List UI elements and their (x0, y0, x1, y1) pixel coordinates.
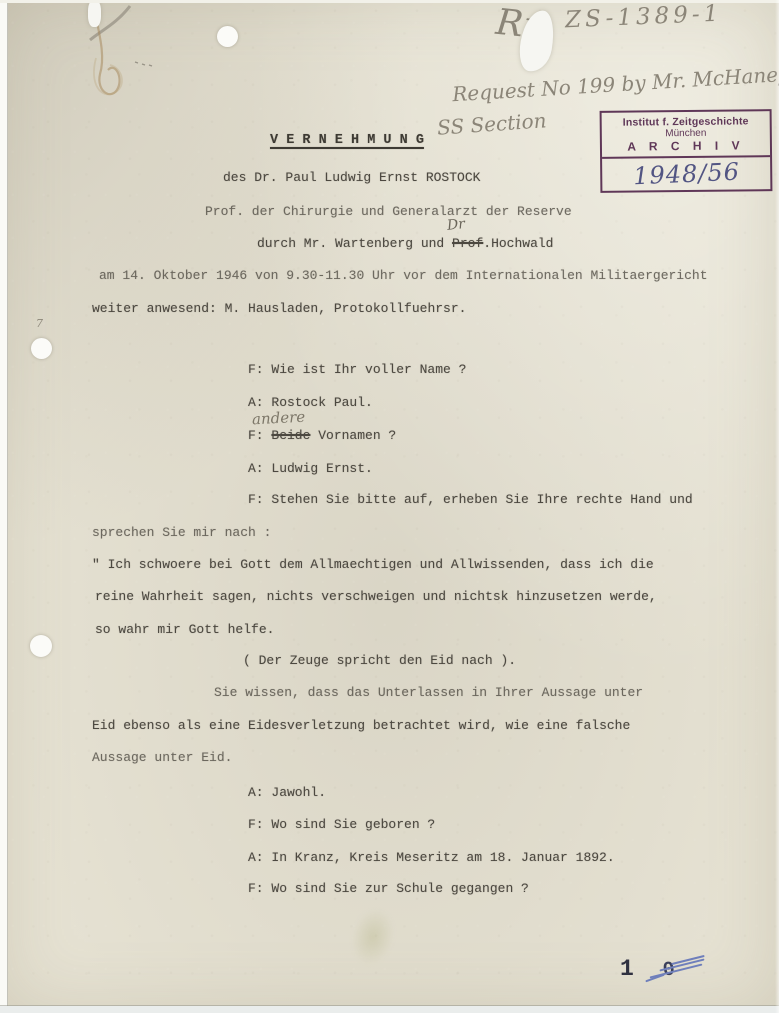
handwritten-doc-number: ZS-1389-1 (565, 1, 723, 34)
line-a-born: A: In Kranz, Kreis Meseritz am 18. Janua… (248, 850, 615, 865)
yellow-stain (345, 904, 401, 971)
line-interrogators: durch Mr. Wartenberg und Prof.Hochwald (257, 236, 553, 251)
stamp-archiv-label: A R C H I V (604, 138, 768, 154)
archive-stamp-header: Institut f. Zeitgeschichte München A R C… (602, 111, 770, 159)
stamp-accession-box: 1948/56 (602, 157, 770, 191)
line-subject: des Dr. Paul Ludwig Ernst ROSTOCK (223, 170, 480, 185)
line-role: Prof. der Chirurgie und Generalarzt der … (205, 204, 572, 219)
line-q-vornamen: F: Beide Vornamen ? (248, 428, 396, 443)
line-q-vornamen-prefix: F: (248, 428, 271, 443)
page-number: 1 (620, 956, 634, 982)
handwritten-vornamen-correction: andere (252, 408, 306, 429)
line-q-born: F: Wo sind Sie geboren ? (248, 817, 435, 832)
line-stage-direction: ( Der Zeuge spricht den Eid nach ). (243, 653, 516, 668)
stamp-institute-label: Institut f. Zeitgeschichte (604, 115, 768, 129)
blue-pen-strike (645, 952, 705, 982)
scan-edge-right (775, 0, 779, 1013)
line-q-vornamen-struck: Beide (271, 428, 310, 443)
scan-edge-left (0, 0, 8, 1013)
line-warning3: Aussage unter Eid. (92, 750, 232, 765)
handwritten-interrogator-correction: Dr (446, 216, 465, 234)
line-present: weiter anwesend: M. Hausladen, Protokoll… (92, 301, 466, 316)
scan-edge-bottom (0, 1006, 779, 1013)
line-oath1: " Ich schwoere bei Gott dem Allmaechtige… (92, 557, 654, 572)
line-a-jawohl: A: Jawohl. (248, 785, 326, 800)
document-title: V E R N E H M U N G (270, 133, 424, 148)
hole-punch-left-upper (31, 338, 52, 359)
scanned-document-page: Rr ZS-1389-1 Request No 199 by Mr. McHan… (0, 0, 779, 1013)
line-a-name: A: Rostock Paul. (248, 395, 373, 410)
line-q-school: F: Wo sind Sie zur Schule gegangen ? (248, 881, 529, 896)
handwritten-request-note: Request No 199 by Mr. McHaney (452, 62, 779, 107)
hole-punch-top (217, 26, 238, 47)
handwritten-margin-mark: 7 (36, 317, 43, 330)
handwritten-section-note: SS Section (436, 108, 547, 140)
line-oath3: so wahr mir Gott helfe. (95, 622, 274, 637)
line-q-oath1: F: Stehen Sie bitte auf, erheben Sie Ihr… (248, 492, 693, 507)
line-interrogators-prefix: durch Mr. Wartenberg und (257, 236, 452, 251)
line-warning1: Sie wissen, dass das Unterlassen in Ihre… (214, 685, 643, 700)
line-session: am 14. Oktober 1946 von 9.30-11.30 Uhr v… (99, 268, 708, 283)
line-q-name: F: Wie ist Ihr voller Name ? (248, 362, 466, 377)
white-paper-flaw (88, 0, 101, 27)
archive-stamp: Institut f. Zeitgeschichte München A R C… (600, 109, 773, 193)
line-interrogators-suffix: .Hochwald (483, 236, 553, 251)
line-interrogators-struck: Prof (452, 236, 483, 251)
line-oath2: reine Wahrheit sagen, nichts verschweige… (95, 589, 657, 604)
line-a-vornamen: A: Ludwig Ernst. (248, 461, 373, 476)
hole-punch-left-lower (30, 635, 52, 657)
line-warning2: Eid ebenso als eine Eidesverletzung betr… (92, 718, 630, 733)
line-q-vornamen-suffix: Vornamen ? (310, 428, 396, 443)
line-q-oath2: sprechen Sie mir nach : (92, 525, 271, 540)
stamp-accession-number: 1948/56 (632, 158, 740, 191)
